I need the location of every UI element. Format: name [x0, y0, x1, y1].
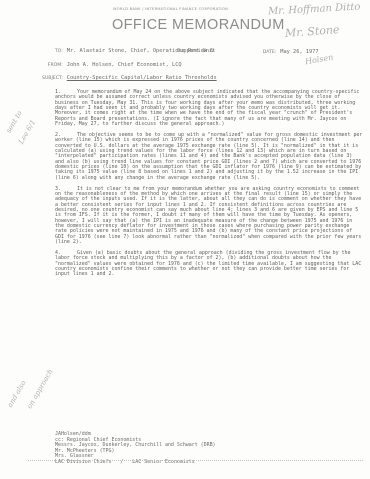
handwritten-margin-note: sent to — [5, 109, 24, 134]
organization-header: WORLD BANK / INTERNATIONAL FINANCE CORPO… — [113, 7, 228, 11]
from-label: FROM: — [36, 63, 63, 68]
subject-value: Country-Specific Capital/Labor Ratio Thr… — [67, 75, 217, 81]
date-label: DATE: — [263, 50, 277, 55]
memo-body: 1.Your memorandum of May 24 on the above… — [55, 90, 363, 283]
handwritten-note-addressee: Mr. Stone — [285, 23, 340, 40]
handwritten-margin-note: and also — [6, 379, 28, 409]
paragraph-text: It is not clear to me from your memorand… — [55, 186, 361, 245]
subject-field: SUBJECT:Country-Specific Capital/Labor R… — [17, 69, 217, 87]
from-value: John A. Holsen, Chief Economist, LCQ — [67, 62, 182, 68]
memo-page: WORLD BANK / INTERNATIONAL FINANCE CORPO… — [0, 0, 370, 479]
paragraph-text: Your memorandum of May 24 on the above s… — [55, 89, 359, 127]
handwritten-margin-note: Lee 6/1 — [17, 119, 37, 146]
subject-label: SUBJECT: — [30, 76, 63, 81]
handwritten-margin-note: on approach — [26, 368, 55, 410]
paragraph-2: 2.The objective seems to be to come up w… — [55, 133, 363, 181]
paragraph-4: 4.Given (a) basic doubts about the gener… — [55, 251, 363, 278]
handwritten-note-top: Mr. Hoffman Ditto — [268, 2, 361, 18]
to-label: TO: — [46, 49, 63, 54]
handwritten-strike-line — [28, 460, 363, 462]
date-value: May 26, 1977 — [280, 49, 318, 55]
paragraph-3: 3.It is not clear to me from your memora… — [55, 187, 363, 246]
memo-title: OFFICE MEMORANDUM — [112, 17, 285, 33]
paragraph-text: The objective seems to be to come up wit… — [55, 132, 362, 181]
paragraph-text: Given (a) basic doubts about the general… — [55, 250, 361, 277]
to-value-continued: Support Unit — [177, 48, 215, 54]
paragraph-1: 1.Your memorandum of May 24 on the above… — [55, 90, 363, 127]
